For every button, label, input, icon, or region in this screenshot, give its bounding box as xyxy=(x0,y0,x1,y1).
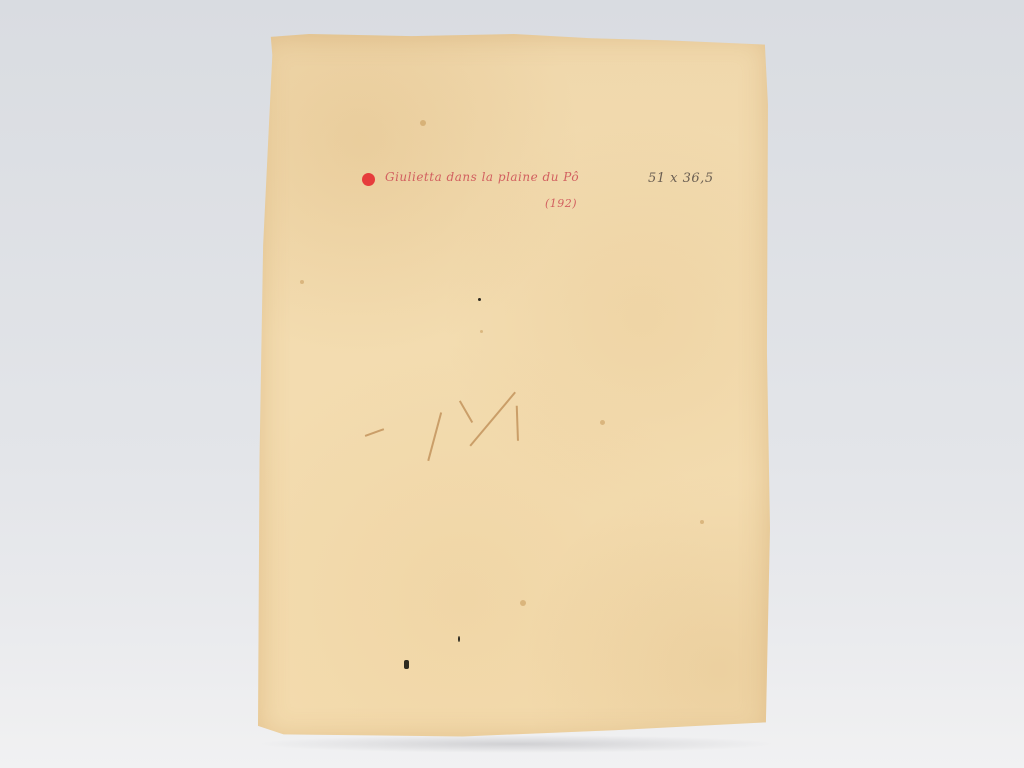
stain xyxy=(700,520,704,524)
inscription-title: Giulietta dans la plaine du Pô xyxy=(385,170,579,184)
stain xyxy=(520,600,526,606)
stain xyxy=(420,120,426,126)
stain xyxy=(480,330,483,333)
ink-spot xyxy=(458,636,460,642)
aged-paper-sheet xyxy=(258,34,770,740)
inscription-dimensions: 51 x 36,5 xyxy=(648,171,714,186)
red-marker-dot xyxy=(362,173,375,186)
stain xyxy=(300,280,304,284)
ink-spot xyxy=(404,660,409,669)
inscription-year: (192) xyxy=(545,197,577,210)
paper-shadow xyxy=(256,735,776,753)
stain xyxy=(600,420,605,425)
ink-spot xyxy=(478,298,481,301)
